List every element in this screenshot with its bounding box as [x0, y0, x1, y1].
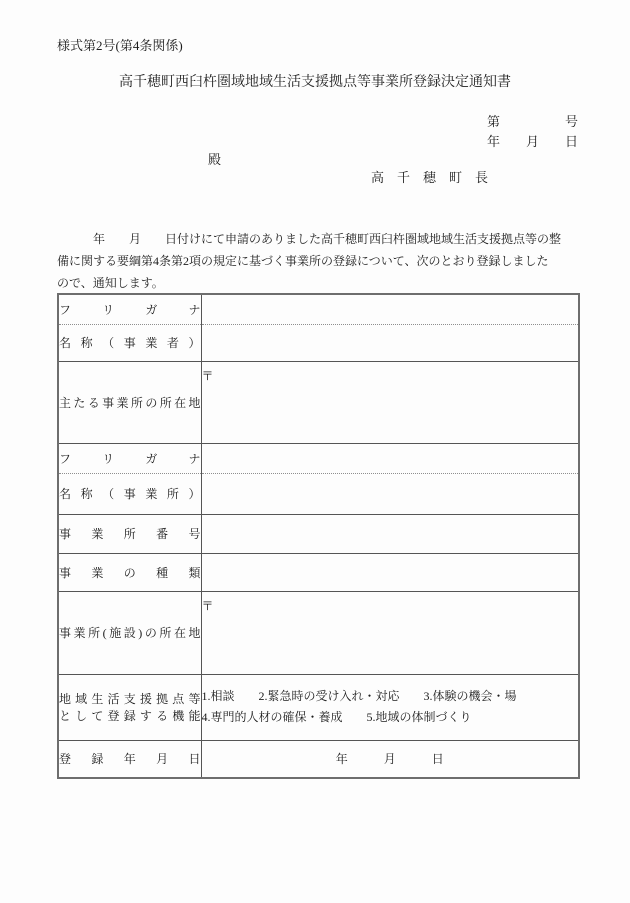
label-name-operator: 名 称 （ 事 業 者 ）: [58, 324, 201, 361]
field-name-operator: [201, 324, 579, 361]
document-title: 高千穂町西臼杵圏域地域生活支援拠点等事業所登録決定通知書: [0, 71, 630, 91]
label-furigana-operator: フ リ ガ ナ: [58, 294, 201, 324]
field-furigana-operator: [201, 294, 579, 324]
field-business-type: [201, 553, 579, 591]
document-page: 様式第2号(第4条関係) 高千穂町西臼杵圏域地域生活支援拠点等事業所登録決定通知…: [0, 0, 630, 903]
field-main-office-address: 〒: [201, 361, 579, 443]
field-registration-date: 年 月 日: [201, 740, 579, 778]
functions-line: 4.専門的人材の確保・養成 5.地域の体制づくり: [202, 707, 579, 728]
label-furigana-establishment: フ リ ガ ナ: [58, 443, 201, 473]
sender-title: 高 千 穂 町 長: [371, 167, 488, 186]
table-row: 登 録 年 月 日 年 月 日: [58, 740, 579, 778]
body-line: 年 月 日付けにて申請のありました高千穂町西臼杵圏域地域生活支援拠点等の整: [57, 228, 578, 250]
label-establishment-number: 事 業 所 番 号: [58, 514, 201, 553]
functions-line: 1.相談 2.緊急時の受け入れ・対応 3.体験の機会・場: [202, 686, 579, 707]
table-row: 地域生活支援拠点等 として登録する機能 1.相談 2.緊急時の受け入れ・対応 3…: [58, 674, 579, 740]
table-row: 名 称 （ 事 業 所 ）: [58, 473, 579, 514]
table-row: フ リ ガ ナ: [58, 294, 579, 324]
body-line: 備に関する要綱第4条第2項の規定に基づく事業所の登録について、次のとおり登録しま…: [57, 250, 578, 272]
label-business-type: 事 業 の 種 類: [58, 553, 201, 591]
form-number: 様式第2号(第4条関係): [57, 35, 183, 54]
body-line: ので、通知します。: [57, 272, 578, 294]
field-facility-address: 〒: [201, 591, 579, 674]
table-row: 事 業 所 番 号: [58, 514, 579, 553]
postal-mark: 〒: [202, 599, 214, 613]
table-row: 名 称 （ 事 業 者 ）: [58, 324, 579, 361]
label-line: として登録する機能: [59, 707, 201, 724]
document-number-line: 第 号: [487, 111, 578, 130]
document-date-line: 年 月 日: [487, 131, 578, 150]
addressee-honorific: 殿: [208, 149, 221, 168]
field-registered-functions: 1.相談 2.緊急時の受け入れ・対応 3.体験の機会・場 4.専門的人材の確保・…: [201, 674, 579, 740]
field-establishment-number: [201, 514, 579, 553]
field-furigana-establishment: [201, 443, 579, 473]
label-facility-address: 事業所(施設)の所在地: [58, 591, 201, 674]
label-main-office-address: 主たる事業所の所在地: [58, 361, 201, 443]
label-registration-date: 登 録 年 月 日: [58, 740, 201, 778]
postal-mark: 〒: [202, 369, 214, 383]
registration-form-table: フ リ ガ ナ 名 称 （ 事 業 者 ） 主たる事業所の所在地 〒 フ リ ガ…: [57, 293, 580, 779]
table-row: 事業所(施設)の所在地 〒: [58, 591, 579, 674]
label-line: 地域生活支援拠点等: [59, 690, 201, 707]
table-row: フ リ ガ ナ: [58, 443, 579, 473]
table-row: 主たる事業所の所在地 〒: [58, 361, 579, 443]
label-name-establishment: 名 称 （ 事 業 所 ）: [58, 473, 201, 514]
body-paragraph: 年 月 日付けにて申請のありました高千穂町西臼杵圏域地域生活支援拠点等の整 備に…: [57, 228, 578, 294]
table-row: 事 業 の 種 類: [58, 553, 579, 591]
field-name-establishment: [201, 473, 579, 514]
label-registered-functions: 地域生活支援拠点等 として登録する機能: [58, 674, 201, 740]
